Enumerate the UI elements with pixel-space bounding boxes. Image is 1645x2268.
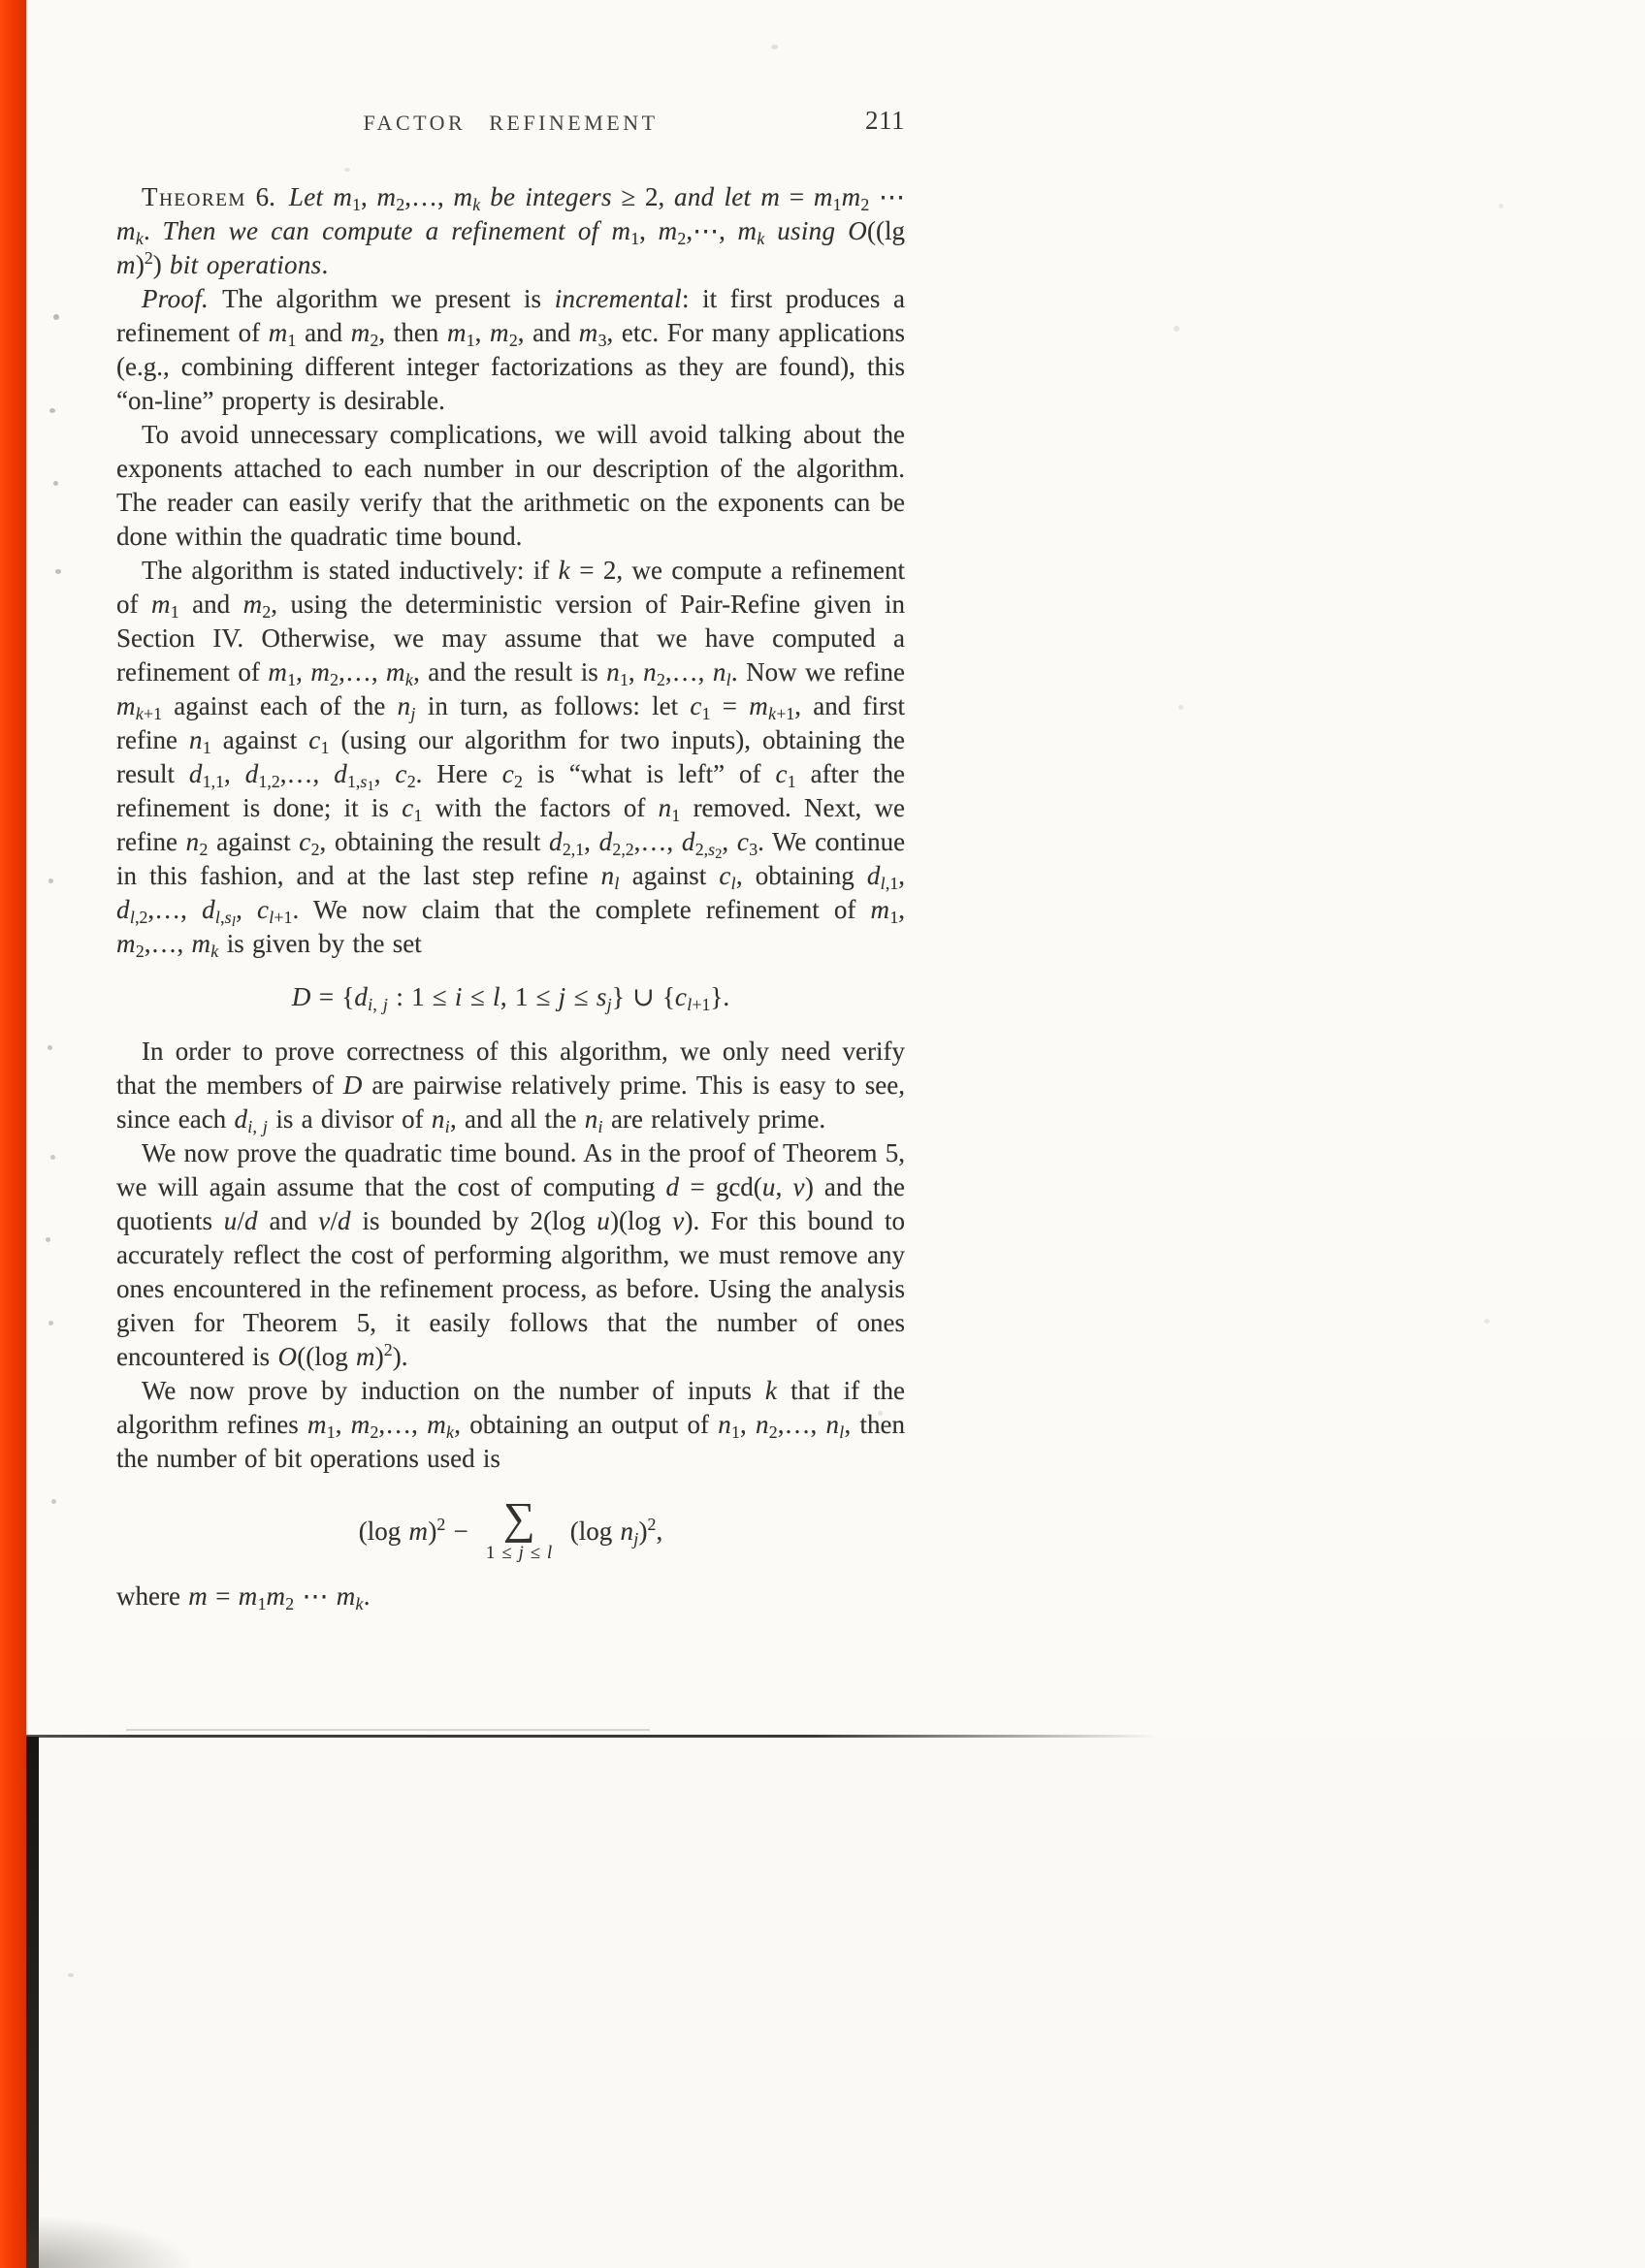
paragraph: where m = m1m2 ⋯ mk. (116, 1580, 905, 1613)
scan-speck (68, 1973, 74, 1977)
paragraph: To avoid unnecessary complications, we w… (116, 418, 905, 554)
scan-speck (344, 168, 350, 172)
scan-speck (50, 1155, 55, 1160)
page-edge-shadow (126, 1729, 650, 1731)
page-edge-red-strip (0, 0, 26, 2268)
page-number: 211 (865, 106, 905, 136)
paragraph: Proof.The algorithm we present is increm… (116, 282, 905, 418)
scan-speck (48, 1321, 53, 1326)
scan-speck (48, 1045, 52, 1050)
scan-speck (53, 314, 59, 320)
article-body: Theorem 6.Let m1, m2,…, mk be integers ≥… (116, 180, 905, 1613)
paragraph: We now prove by induction on the number … (116, 1374, 905, 1476)
scan-speck (55, 569, 61, 574)
page-edge-dark-band (26, 1737, 39, 2268)
paragraph: The algorithm is stated inductively: if … (116, 554, 905, 961)
display-equation: D = {di, j : 1 ≤ i ≤ l, 1 ≤ j ≤ sj} ∪ {c… (116, 977, 905, 1016)
page-bottom-edge-line (0, 1735, 1159, 1738)
underlying-page-surface (0, 1738, 1645, 2268)
scanned-page: FACTOR REFINEMENT 211 Theorem 6.Let m1, … (0, 0, 1645, 2268)
paragraph: We now prove the quadratic time bound. A… (116, 1136, 905, 1374)
scan-speck (1174, 326, 1179, 332)
scan-speck (771, 45, 778, 49)
scan-speck (51, 1499, 56, 1504)
paragraph: Theorem 6.Let m1, m2,…, mk be integers ≥… (116, 180, 905, 282)
scan-speck (878, 1411, 883, 1416)
scan-speck (49, 408, 55, 413)
scan-speck (46, 1237, 50, 1242)
running-head: FACTOR REFINEMENT 211 (116, 111, 905, 145)
scan-speck (53, 481, 58, 486)
display-equation: (log m)2 − ∑1 ≤ j ≤ l (log nj)2, (116, 1501, 905, 1566)
scan-speck (1178, 705, 1183, 710)
scan-corner-shadow (26, 2217, 191, 2268)
scan-speck (48, 878, 53, 883)
running-title: FACTOR REFINEMENT (116, 111, 905, 136)
scan-speck (1484, 1319, 1490, 1324)
scan-speck (1499, 204, 1503, 208)
paragraph: In order to prove correctness of this al… (116, 1035, 905, 1136)
